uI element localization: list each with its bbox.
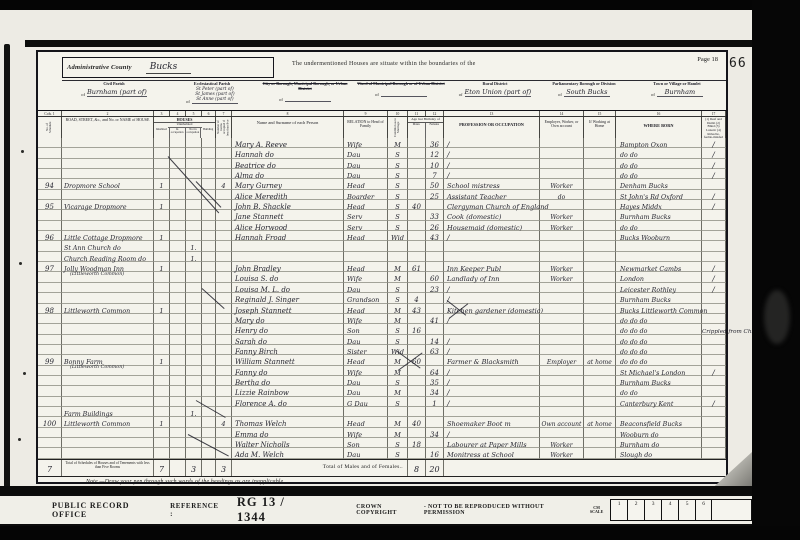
uninhabited-in-occupation [170,438,186,448]
relation: Head [344,200,388,210]
age-female [426,355,444,365]
person-name: Alma do [232,169,344,179]
where-born: do do [616,148,702,158]
employer-status [540,293,584,303]
age-female: 34 [426,386,444,396]
age-male [408,345,426,355]
infirmity: / [702,397,726,407]
infirmity [702,386,726,396]
infirmity: / [702,138,726,148]
condition: M [388,262,408,272]
working-at-home [584,345,616,355]
condition: S [388,200,408,210]
uninhabited-not-occupied [186,324,202,334]
relation: Head [344,262,388,272]
schedule-no [38,272,62,282]
infirmity [702,179,726,189]
scale-box-3: 3 [644,499,661,521]
house: Littleworth Common [62,304,154,314]
district-cell-1: Civil ParishofBurnham (part of) [62,81,166,110]
age-female: 35 [426,376,444,386]
employer-status: Worker [540,448,584,458]
where-born [616,252,702,262]
age-female: 26 [426,221,444,231]
age-female: 36 [426,138,444,148]
administrative-county-label: Administrative County [63,64,132,71]
uninhabited-not-occupied [186,314,202,324]
where-born: Burnham Bucks [616,376,702,386]
uninhabited-in-occupation [170,293,186,303]
house: Jolly Woodman Inn(Littleworth Common) [62,262,154,272]
census-form: Administrative County Bucks The undermen… [36,50,728,484]
working-at-home [584,231,616,241]
column-headers-row: No. of Schedule ROAD, STREET, &c., and N… [38,116,726,138]
age-male [408,314,426,324]
inhabited: 1 [154,417,170,427]
schedule-no: 98 [38,304,62,314]
relation [344,252,388,262]
districts-row: Civil ParishofBurnham (part of)Ecclesias… [62,80,726,110]
district-value [285,93,331,102]
employer-status: do [540,190,584,200]
schedule-no [38,221,62,231]
condition: M [388,304,408,314]
film-frame-line [25,40,752,47]
house [62,272,154,282]
working-at-home [584,179,616,189]
schedule-no: 100 [38,417,62,427]
table-body: Mary A. ReeveWifeM36/Bampton Oxon/Hannah… [38,138,726,459]
age-female: 64 [426,366,444,376]
administrative-header: Administrative County Bucks The undermen… [38,52,726,80]
uninhabited-in-occupation [170,221,186,231]
working-at-home [584,148,616,158]
working-at-home [584,335,616,345]
infirmity: / [702,200,726,210]
relation: Head [344,355,388,365]
schedule-no: 96 [38,231,62,241]
col-number-2: 2 [62,111,154,116]
uninhabited-not-occupied [186,376,202,386]
scale-box-1: 1 [610,499,627,521]
public-record-office-strip: PUBLIC RECORD OFFICE REFERENCE : RG 13 /… [0,494,752,526]
uninhabited-not-occupied [186,272,202,282]
condition: S [388,397,408,407]
condition: S [388,376,408,386]
age-male [408,428,426,438]
rooms [216,272,232,282]
infirmity [702,417,726,427]
working-at-home [584,438,616,448]
working-at-home [584,190,616,200]
person-name: Fanny do [232,366,344,376]
rooms [216,314,232,324]
relation: Wife [344,138,388,148]
infirmity: / [702,272,726,282]
where-born: Hayes Middx [616,200,702,210]
schedule-no: 94 [38,179,62,189]
where-born: Bucks Wooburn [616,231,702,241]
uninhabited-in-occupation [170,272,186,282]
schedule-no [38,148,62,158]
schedule-no: 99 [38,355,62,365]
age-female [426,438,444,448]
occupation: / [444,428,540,438]
uninhabited-in-occupation [170,179,186,189]
rooms [216,283,232,293]
building [202,210,216,220]
relation: Dau [344,169,388,179]
header-schedule-no: No. of Schedule [38,117,62,138]
rooms [216,221,232,231]
infirmity: / [702,262,726,272]
schedule-no [38,283,62,293]
age-male [408,448,426,458]
rooms [216,438,232,448]
col-number-17: 17 [702,111,726,116]
schedule-no [38,293,62,303]
age-male [408,159,426,169]
uninhabited-in-occupation [170,241,186,251]
infirmity: / [702,159,726,169]
district-value [381,88,427,97]
col-number-6: 6 [202,111,216,116]
scan-speck [23,372,26,375]
person-name: Hannah Froad [232,231,344,241]
employer-status [540,345,584,355]
infirmity [702,231,726,241]
relation: G Dau [344,397,388,407]
person-name: Walter Nicholls [232,438,344,448]
condition: S [388,438,408,448]
where-born: do do do [616,314,702,324]
occupation: Inn Keeper Publ [444,262,540,272]
building [202,252,216,262]
employer-status [540,428,584,438]
cm-scale-label: CM SCALE [587,506,606,515]
rooms [216,428,232,438]
person-name: Mary Gurney [232,179,344,189]
header-working-at-home: If Working at Home [584,117,616,138]
condition: S [388,283,408,293]
header-infirmity: (1) Deaf and Dumb (2) Blind (3) Lunatic … [702,117,726,138]
house [62,169,154,179]
infirmity: / [702,190,726,200]
age-female: 41 [426,314,444,324]
rooms: 4 [216,417,232,427]
employer-status [540,148,584,158]
occupation: Landlady of Inn [444,272,540,282]
district-cell-6: Parliamentary Borough or DivisionofSouth… [540,81,628,110]
totals-empty [444,460,726,477]
building [202,262,216,272]
cm-scale-ruler: 123456 [610,499,712,521]
person-name: Joseph Stannett [232,304,344,314]
infirmity: / [702,283,726,293]
scale-box-4: 4 [661,499,678,521]
age-female [426,324,444,334]
uninhabited-not-occupied [186,293,202,303]
building [202,179,216,189]
age-male: 40 [408,417,426,427]
relation: Head [344,231,388,241]
age-female: 16 [426,448,444,458]
condition [388,252,408,262]
condition: S [388,169,408,179]
form-note: Note.—Draw your pen through such words o… [86,479,285,485]
relation: Son [344,324,388,334]
header-age-group: Age last Birthday of Males Females [408,117,444,138]
where-born: Slough do [616,448,702,458]
infirmity [702,355,726,365]
situate-statement: The undermentioned Houses are situate wi… [292,61,476,67]
infirmity [702,438,726,448]
where-born: Wooburn do [616,428,702,438]
working-at-home [584,366,616,376]
col-number-1: Cols. 1 [38,111,62,116]
infirmity [702,376,726,386]
working-at-home [584,314,616,324]
schedule-no: 97 [38,262,62,272]
film-edge-top [0,0,800,10]
uninhabited-in-occupation [170,397,186,407]
person-name: John Bradley [232,262,344,272]
working-at-home [584,448,616,458]
header-condition: Condition as to Marriage [388,117,408,138]
rooms [216,159,232,169]
age-female [426,262,444,272]
house: Little Cottage Dropmore [62,231,154,241]
occupation: / [444,159,540,169]
person-name [232,241,344,251]
uninhabited-in-occupation [170,314,186,324]
column-numbers-row: Cols. 1234567891011121314151617 [38,110,726,116]
employer-status: Worker [540,262,584,272]
house: Vicarage Dropmore [62,200,154,210]
uninhabited-in-occupation [170,428,186,438]
person-name: Hannah do [232,148,344,158]
employer-status [540,252,584,262]
occupation: / [444,148,540,158]
person-name: Ada M. Welch [232,448,344,458]
total-inhabited: 7 [154,460,170,477]
age-male [408,272,426,282]
age-male: 16 [408,324,426,334]
condition: S [388,293,408,303]
district-label: Ward of Municipal Borough or of Urban Di… [357,82,444,87]
administrative-county-box: Administrative County Bucks [62,57,274,78]
relation: Dau [344,386,388,396]
scan-speck [18,438,21,441]
age-female: 14 [426,335,444,345]
where-born: Denham Bucks [616,179,702,189]
age-male [408,376,426,386]
occupation: School mistress [444,179,540,189]
rooms [216,345,232,355]
house [62,210,154,220]
infirmity [702,345,726,355]
age-male [408,252,426,262]
working-at-home [584,397,616,407]
where-born: Canterbury Kent [616,397,702,407]
rooms [216,355,232,365]
inhabited [154,252,170,262]
scan-gap-band [0,486,752,494]
building [202,448,216,458]
inhabited: 1 [154,304,170,314]
condition: Wid [388,231,408,241]
where-born: do do [616,386,702,396]
district-value: St Peter (part of)St James (part of)St A… [192,88,238,104]
occupation: / [444,397,540,407]
infirmity: / [702,366,726,376]
age-female [426,417,444,427]
uninhabited-in-occupation [170,262,186,272]
employer-status [540,407,584,417]
schedule-no [38,397,62,407]
condition: Wid [388,345,408,355]
infirmity [702,293,726,303]
employer-status [540,169,584,179]
building [202,314,216,324]
district-label: Parliamentary Borough or Division [552,82,615,87]
relation: Head [344,417,388,427]
inhabited [154,314,170,324]
uninhabited-not-occupied [186,386,202,396]
inhabited [154,210,170,220]
occupation: / [444,169,540,179]
infirmity [702,304,726,314]
total-females: 20 [426,460,444,477]
person-name: Reginald J. Singer [232,293,344,303]
schedule-no: 95 [38,200,62,210]
relation: Dau [344,159,388,169]
of-label: of [375,92,379,97]
uninhabited-in-occupation [170,407,186,417]
uninhabited-in-occupation [170,345,186,355]
person-name: Henry do [232,324,344,334]
house [62,397,154,407]
inhabited [154,438,170,448]
inhabited [154,366,170,376]
where-born: do do do [616,335,702,345]
district-cell-5: Rural DistrictofEton Union (part of) [450,81,540,110]
relation: Wife [344,272,388,282]
house [62,448,154,458]
person-name: Fanny Birch [232,345,344,355]
condition [388,407,408,417]
district-label: Civil Parish [103,82,124,87]
house: Church Reading Room do [62,252,154,262]
age-male: 43 [408,304,426,314]
inhabited: 1 [154,179,170,189]
infirmity [702,210,726,220]
age-female [426,293,444,303]
col-number-15: 15 [584,111,616,116]
total-uninhabited-occ [170,460,186,477]
age-male [408,148,426,158]
total-uninhabited: 3 [186,460,202,477]
header-building: Building [201,128,215,138]
where-born: St John's Rd Oxford [616,190,702,200]
total-building [202,460,216,477]
col-number-3: 3 [154,111,170,116]
header-females: Females [426,123,443,138]
totals-row: 7 Total of Schedules of Houses and of Te… [38,459,726,476]
age-female: 63 [426,345,444,355]
working-at-home: at home [584,355,616,365]
person-name [232,252,344,262]
building [202,335,216,345]
administrative-county-value: Bucks [146,62,192,74]
employer-status [540,314,584,324]
uninhabited-in-occupation [170,148,186,158]
person-name: John B. Shackle [232,200,344,210]
person-name: Alice Horwood [232,221,344,231]
person-name: Mary A. Reeve [232,138,344,148]
uninhabited-in-occupation [170,376,186,386]
header-in-occupation: In occupation [170,128,186,138]
working-at-home [584,304,616,314]
uninhabited-in-occupation [170,417,186,427]
working-at-home [584,159,616,169]
of-label: of [279,97,283,102]
uninhabited-in-occupation [170,324,186,334]
uninhabited-not-occupied: 1. [186,407,202,417]
of-label: of [651,92,655,97]
uninhabited-in-occupation [170,283,186,293]
uninhabited-not-occupied [186,159,202,169]
schedule-no [38,190,62,200]
inhabited: 1 [154,355,170,365]
relation: Wife [344,314,388,324]
where-born: do do do [616,345,702,355]
age-male [408,231,426,241]
uninhabited-not-occupied [186,148,202,158]
working-at-home [584,221,616,231]
relation: Boarder [344,190,388,200]
age-male [408,283,426,293]
rooms [216,262,232,272]
district-value: Eton Union (part of) [465,88,532,97]
house: Dropmore School [62,179,154,189]
age-male: 61 [408,262,426,272]
working-at-home [584,293,616,303]
building [202,417,216,427]
uninhabited-not-occupied [186,138,202,148]
where-born: do do [616,221,702,231]
occupation [444,407,540,417]
building [202,376,216,386]
schedule-no [38,159,62,169]
working-at-home [584,241,616,251]
schedule-no [38,324,62,334]
rooms [216,148,232,158]
uninhabited-in-occupation [170,335,186,345]
infirmity [702,335,726,345]
inhabited [154,169,170,179]
relation: Dau [344,283,388,293]
building [202,386,216,396]
uninhabited-in-occupation [170,386,186,396]
person-name [232,407,344,417]
age-male [408,335,426,345]
relation: Serv [344,221,388,231]
uninhabited-in-occupation [170,304,186,314]
header-not-in-occupation: Not in occupation [186,128,202,138]
person-name: Florence A. do [232,397,344,407]
working-at-home [584,210,616,220]
